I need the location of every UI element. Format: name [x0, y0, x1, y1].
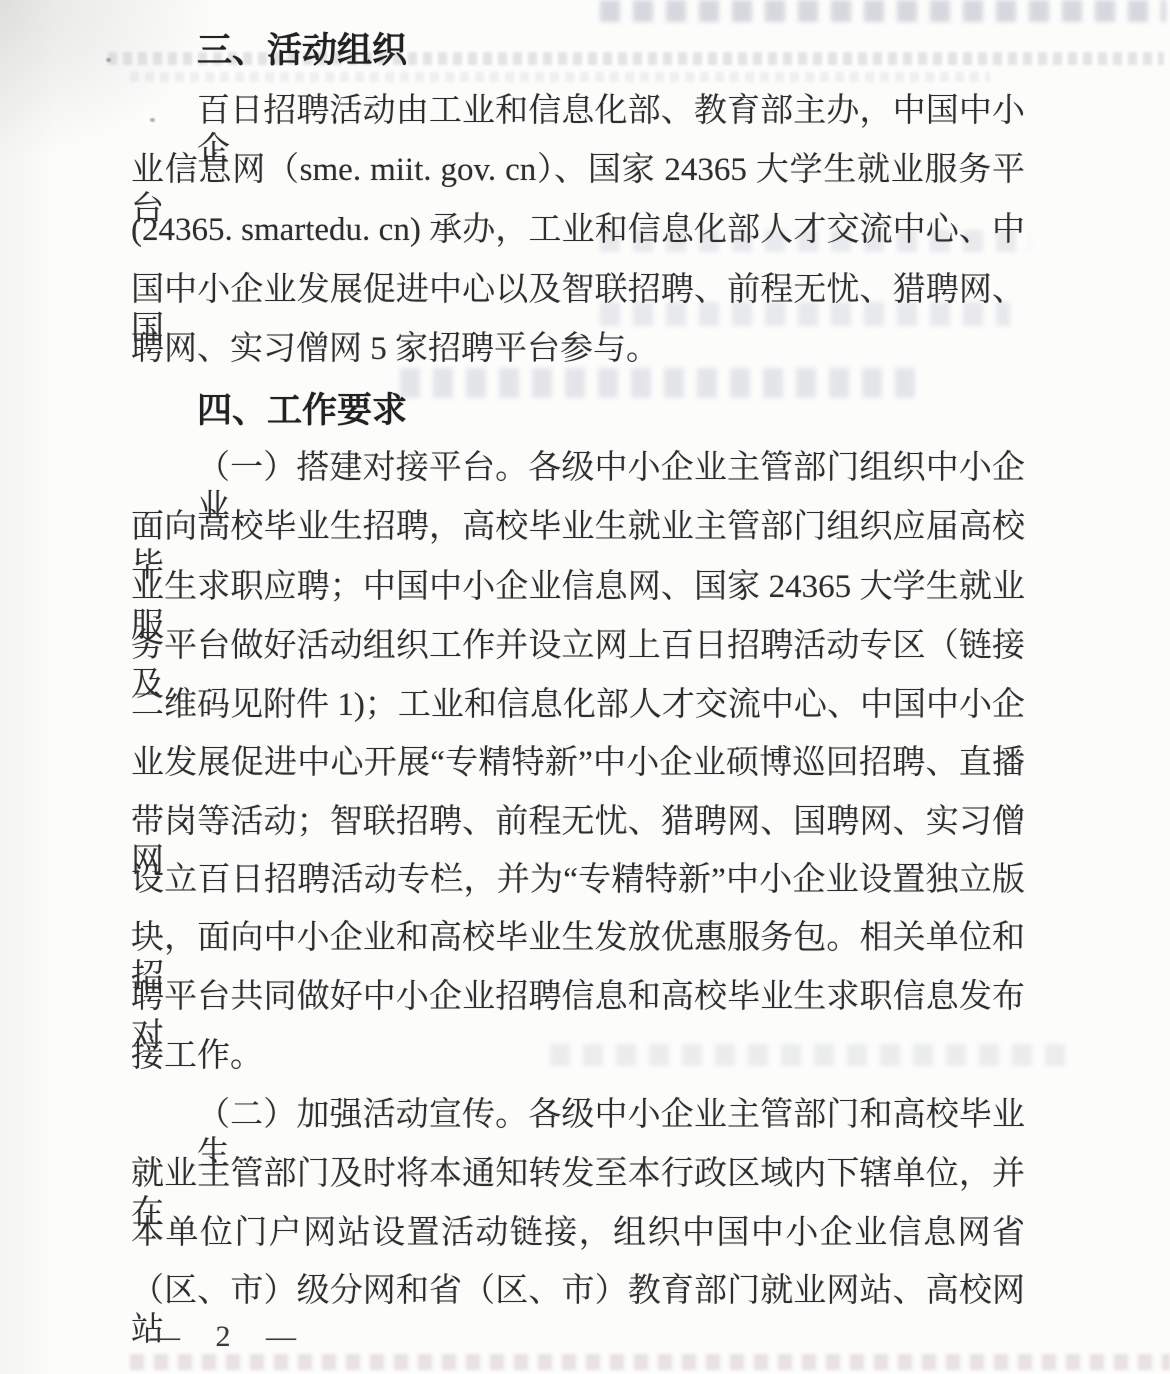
paragraph-line: 二维码见附件 1)；工业和信息化部人才交流中心、中国中小企 — [131, 686, 1025, 725]
paragraph-line: 设立百日招聘活动专栏，并为“专精特新”中小企业设置独立版 — [131, 861, 1025, 900]
section-heading-4: 四、工作要求 — [131, 390, 1025, 431]
bleedthrough-artifact — [600, 0, 1166, 22]
paragraph-line: 接工作。 — [131, 1037, 1025, 1076]
scan-speck — [106, 58, 111, 62]
paragraph-line: (24365. smartedu. cn) 承办，工业和信息化部人才交流中心、中 — [131, 211, 1025, 250]
scanned-document-page: 三、活动组织 百日招聘活动由工业和信息化部、教育部主办，中国中小企 业信息网（s… — [0, 0, 1170, 1374]
paragraph-line: 聘网、实习僧网 5 家招聘平台参与。 — [131, 330, 1025, 369]
paragraph-line: 本单位门户网站设置活动链接，组织中国中小企业信息网省 — [131, 1214, 1025, 1253]
bleedthrough-artifact — [130, 1354, 1170, 1370]
scan-shading — [0, 0, 70, 1374]
bleedthrough-artifact — [130, 72, 990, 82]
section-heading-3: 三、活动组织 — [131, 30, 1025, 71]
page-number: — 2 — — [150, 1320, 310, 1354]
paragraph-line: 业发展促进中心开展“专精特新”中小企业硕博巡回招聘、直播 — [131, 744, 1025, 783]
